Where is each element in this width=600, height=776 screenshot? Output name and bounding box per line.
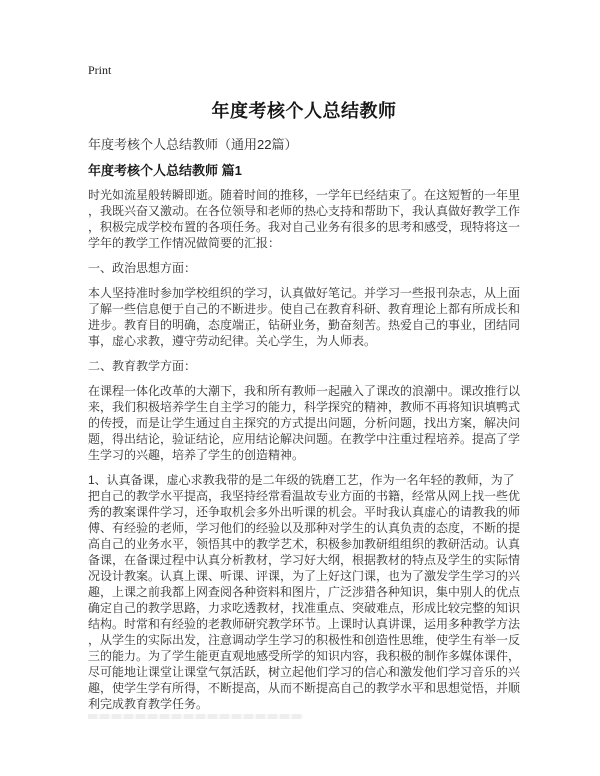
paragraph-political-thought: 本人坚持准时参加学校组织的学习，认真做好笔记。并学习一些报刊杂志，从上面了解一些… <box>88 285 520 349</box>
print-button[interactable]: Print <box>88 63 111 77</box>
document-page: Print 年度考核个人总结教师 年度考核个人总结教师（通用22篇） 年度考核个… <box>0 0 600 776</box>
paragraph-lesson-preparation: 1、认真备课，虚心求教我带的是二年级的铣磨工艺，作为一名年轻的教师，为了把自己的… <box>88 472 520 712</box>
paragraph-intro: 时光如流星般转瞬即逝。随着时间的推移，一学年已经结束了。在这短暂的一年里，我既兴… <box>88 187 520 251</box>
page-title: 年度考核个人总结教师 <box>88 99 520 123</box>
section-heading-part1: 年度考核个人总结教师 篇1 <box>88 162 520 179</box>
cutoff-text-remnant <box>88 714 303 719</box>
document-subtitle: 年度考核个人总结教师（通用22篇） <box>88 136 520 153</box>
subheading-education-teaching: 二、教育教学方面： <box>88 358 520 374</box>
document-content: Print 年度考核个人总结教师 年度考核个人总结教师（通用22篇） 年度考核个… <box>88 0 520 719</box>
subheading-political-thought: 一、政治思想方面： <box>88 260 520 276</box>
paragraph-curriculum-reform: 在课程一体化改革的大潮下，我和所有教师一起融入了课改的浪潮中。课改推行以来，我们… <box>88 383 520 463</box>
